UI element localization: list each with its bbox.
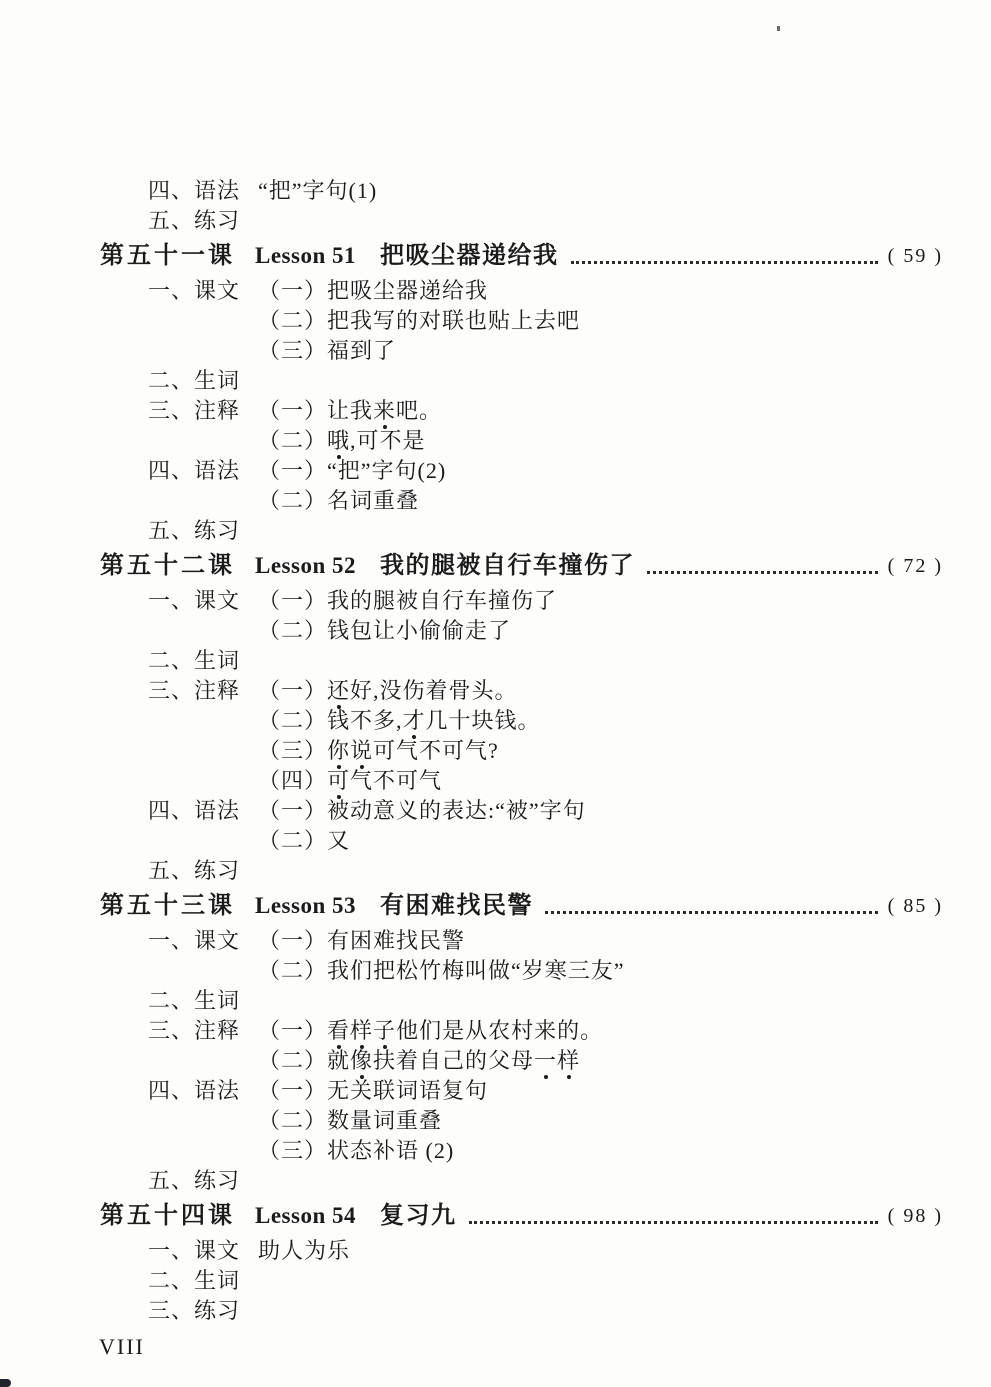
toc-continuation-row: （三）福到了 bbox=[0, 336, 943, 366]
lesson-page-number: ( 72 ) bbox=[888, 546, 943, 586]
entry-text: “把”字句(1) bbox=[258, 176, 377, 206]
entry-text: （二）名词重叠 bbox=[258, 486, 419, 516]
item-label: 三、注释 bbox=[148, 1016, 258, 1046]
item-label: 三、练习 bbox=[148, 1296, 258, 1326]
toc-item-row: 四、语法“把”字句(1) bbox=[0, 176, 943, 206]
item-label: 五、练习 bbox=[148, 1166, 258, 1196]
item-label: 一、课文 bbox=[148, 586, 258, 616]
entry-text: （二）又 bbox=[258, 826, 350, 856]
emphasis-dot-char: 说 bbox=[350, 736, 373, 766]
toc-item-row: 二、生词 bbox=[0, 1266, 943, 1296]
toc-item-row: 二、生词 bbox=[0, 986, 943, 1016]
toc-continuation-row: （三）你说可气不可气? bbox=[0, 736, 943, 766]
lesson-number-en: Lesson 51 bbox=[255, 236, 356, 276]
emphasis-dot-char: 可 bbox=[327, 766, 350, 796]
lesson-number-zh: 第五十二课 bbox=[100, 546, 235, 586]
toc-rows: 四、语法“把”字句(1)五、练习第五十一课Lesson 51把吸尘器递给我( 5… bbox=[0, 176, 991, 1326]
scan-artifact-corner bbox=[0, 1379, 11, 1387]
entry-text: （二）钱不多,才几十块钱。 bbox=[258, 706, 541, 736]
item-label: 四、语法 bbox=[148, 796, 258, 826]
toc-item-row: 三、注释（一）还好,没伤着骨头。 bbox=[0, 676, 943, 706]
entry-text: （一）让我来吧。 bbox=[258, 396, 442, 426]
entry-text: （四）可气不可气 bbox=[258, 766, 442, 796]
lesson-title: 有困难找民警 bbox=[380, 886, 533, 926]
scanned-textbook-toc-page: 四、语法“把”字句(1)五、练习第五十一课Lesson 51把吸尘器递给我( 5… bbox=[0, 0, 991, 1387]
lesson-number-zh: 第五十一课 bbox=[100, 236, 235, 276]
toc-item-row: 三、注释（一）让我来吧。 bbox=[0, 396, 943, 426]
item-label: 五、练习 bbox=[148, 856, 258, 886]
entry-text: （二）把我写的对联也贴上去吧 bbox=[258, 306, 580, 336]
toc-lesson-row: 第五十一课Lesson 51把吸尘器递给我( 59 ) bbox=[0, 236, 943, 276]
entry-text: （二）我们把松竹梅叫做“岁寒三友” bbox=[258, 956, 625, 986]
dotted-leader bbox=[545, 899, 878, 914]
item-label: 一、课文 bbox=[148, 276, 258, 306]
lesson-page-number: ( 98 ) bbox=[888, 1196, 943, 1236]
lesson-title: 我的腿被自行车撞伤了 bbox=[380, 546, 635, 586]
toc-continuation-row: （二）把我写的对联也贴上去吧 bbox=[0, 306, 943, 336]
lesson-number-en: Lesson 54 bbox=[255, 1196, 356, 1236]
item-label: 三、注释 bbox=[148, 676, 258, 706]
toc-item-row: 四、语法（一）被动意义的表达:“被”字句 bbox=[0, 796, 943, 826]
emphasis-dot-char: 像 bbox=[350, 1046, 373, 1076]
item-label: 一、课文 bbox=[148, 926, 258, 956]
toc-lesson-row: 第五十二课Lesson 52我的腿被自行车撞伤了( 72 ) bbox=[0, 546, 943, 586]
item-label: 二、生词 bbox=[148, 366, 258, 396]
entry-text: （二）就像扶着自己的父母一样 bbox=[258, 1046, 580, 1076]
item-label: 五、练习 bbox=[148, 206, 258, 236]
entry-text: （二）钱包让小偷偷走了 bbox=[258, 616, 511, 646]
toc-item-row: 四、语法（一）“把”字句(2) bbox=[0, 456, 943, 486]
toc-item-row: 二、生词 bbox=[0, 366, 943, 396]
emphasis-dot-char: 才 bbox=[403, 706, 426, 736]
toc-item-row: 一、课文（一）我的腿被自行车撞伤了 bbox=[0, 586, 943, 616]
entry-text: （一）把吸尘器递给我 bbox=[258, 276, 488, 306]
lesson-number-en: Lesson 53 bbox=[255, 886, 356, 926]
toc-item-row: 一、课文（一）把吸尘器递给我 bbox=[0, 276, 943, 306]
toc-item-row: 三、练习 bbox=[0, 1296, 943, 1326]
entry-text: （三）福到了 bbox=[258, 336, 396, 366]
lesson-number-zh: 第五十三课 bbox=[100, 886, 235, 926]
lesson-page-number: ( 85 ) bbox=[888, 886, 943, 926]
entry-text: （三）你说可气不可气? bbox=[258, 736, 499, 766]
toc-item-row: 五、练习 bbox=[0, 856, 943, 886]
emphasis-dot-char: 哦 bbox=[327, 426, 350, 456]
entry-text: （一）还好,没伤着骨头。 bbox=[258, 676, 518, 706]
toc-continuation-row: （三）状态补语 (2) bbox=[0, 1136, 943, 1166]
toc-item-row: 一、课文（一）有困难找民警 bbox=[0, 926, 943, 956]
item-label: 二、生词 bbox=[148, 986, 258, 1016]
toc-item-row: 五、练习 bbox=[0, 516, 943, 546]
toc-item-row: 五、练习 bbox=[0, 206, 943, 236]
entry-text: （二）数量词重叠 bbox=[258, 1106, 442, 1136]
entry-text: （一）我的腿被自行车撞伤了 bbox=[258, 586, 557, 616]
entry-text: （三）状态补语 (2) bbox=[258, 1136, 454, 1166]
toc-continuation-row: （二）又 bbox=[0, 826, 943, 856]
emphasis-dot-char: 样 bbox=[557, 1046, 580, 1076]
dotted-leader bbox=[571, 249, 878, 264]
emphasis-dot-char: 样 bbox=[350, 1016, 373, 1046]
item-label: 二、生词 bbox=[148, 1266, 258, 1296]
toc-continuation-row: （二）钱不多,才几十块钱。 bbox=[0, 706, 943, 736]
toc-continuation-row: （二）哦,可不是 bbox=[0, 426, 943, 456]
item-label: 二、生词 bbox=[148, 646, 258, 676]
entry-text: （一）被动意义的表达:“被”字句 bbox=[258, 796, 586, 826]
emphasis-dot-char: 一 bbox=[534, 1046, 557, 1076]
entry-text: （一）“把”字句(2) bbox=[258, 456, 446, 486]
page-number: VIII bbox=[99, 1334, 145, 1360]
item-label: 四、语法 bbox=[148, 1076, 258, 1106]
toc-continuation-row: （二）数量词重叠 bbox=[0, 1106, 943, 1136]
entry-text: （二）哦,可不是 bbox=[258, 426, 426, 456]
item-label: 四、语法 bbox=[148, 456, 258, 486]
toc-continuation-row: （二）钱包让小偷偷走了 bbox=[0, 616, 943, 646]
lesson-number-en: Lesson 52 bbox=[255, 546, 356, 586]
entry-text: （一）看样子他们是从农村来的。 bbox=[258, 1016, 603, 1046]
emphasis-dot-char: 来 bbox=[373, 396, 396, 426]
dotted-leader bbox=[469, 1209, 878, 1224]
lesson-title: 把吸尘器递给我 bbox=[380, 236, 559, 276]
scan-artifact-dot bbox=[777, 26, 780, 31]
lesson-page-number: ( 59 ) bbox=[888, 236, 943, 276]
item-label: 三、注释 bbox=[148, 396, 258, 426]
entry-text: （一）有困难找民警 bbox=[258, 926, 465, 956]
lesson-title: 复习九 bbox=[380, 1196, 457, 1236]
toc-item-row: 一、课文助人为乐 bbox=[0, 1236, 943, 1266]
toc-continuation-row: （二）名词重叠 bbox=[0, 486, 943, 516]
toc-item-row: 四、语法（一）无关联词语复句 bbox=[0, 1076, 943, 1106]
toc-continuation-row: （二）就像扶着自己的父母一样 bbox=[0, 1046, 943, 1076]
emphasis-dot-char: 子 bbox=[373, 1016, 396, 1046]
toc-lesson-row: 第五十四课Lesson 54复习九( 98 ) bbox=[0, 1196, 943, 1236]
emphasis-dot-char: 还 bbox=[327, 676, 350, 706]
toc-continuation-row: （四）可气不可气 bbox=[0, 766, 943, 796]
emphasis-dot-char: 看 bbox=[327, 1016, 350, 1046]
emphasis-dot-char: 你 bbox=[327, 736, 350, 766]
item-label: 五、练习 bbox=[148, 516, 258, 546]
toc-continuation-row: （二）我们把松竹梅叫做“岁寒三友” bbox=[0, 956, 943, 986]
item-label: 四、语法 bbox=[148, 176, 258, 206]
lesson-number-zh: 第五十四课 bbox=[100, 1196, 235, 1236]
toc-lesson-row: 第五十三课Lesson 53有困难找民警( 85 ) bbox=[0, 886, 943, 926]
entry-text: 助人为乐 bbox=[258, 1236, 350, 1266]
dotted-leader bbox=[647, 559, 878, 574]
toc-item-row: 三、注释（一）看样子他们是从农村来的。 bbox=[0, 1016, 943, 1046]
item-label: 一、课文 bbox=[148, 1236, 258, 1266]
toc-item-row: 二、生词 bbox=[0, 646, 943, 676]
entry-text: （一）无关联词语复句 bbox=[258, 1076, 488, 1106]
toc-item-row: 五、练习 bbox=[0, 1166, 943, 1196]
